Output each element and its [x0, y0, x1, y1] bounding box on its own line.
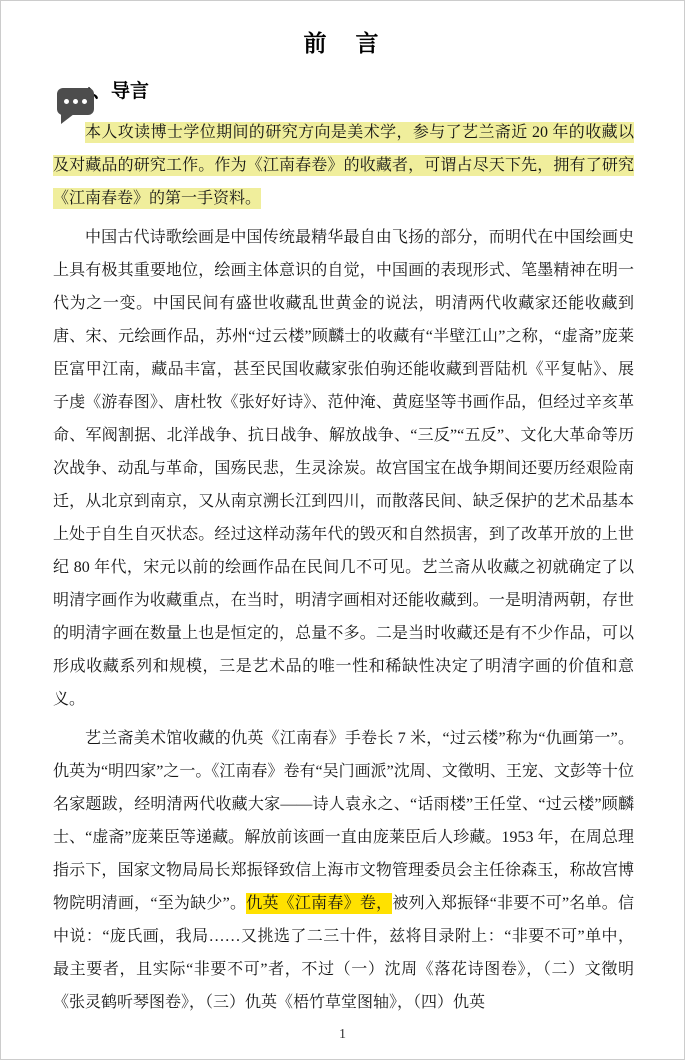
body-text: 中国古代诗歌绘画是中国传统最精华最自由飞扬的部分，而明代在中国绘画史上具有极其重…	[53, 229, 634, 708]
paragraph: 中国古代诗歌绘画是中国传统最精华最自由飞扬的部分，而明代在中国绘画史上具有极其重…	[53, 221, 634, 716]
paragraph: 本人攻读博士学位期间的研究方向是美术学，参与了艺兰斋近 20 年的收藏以及对藏品…	[53, 116, 634, 215]
paragraph: 艺兰斋美术馆收藏的仇英《江南春》手卷长 7 米，“过云楼”称为“仇画第一”。仇英…	[53, 722, 634, 1019]
bubble-dot	[82, 99, 87, 104]
comment-bubble-icon[interactable]	[57, 88, 94, 115]
document-page: 前 言 一、导言 本人攻读博士学位期间的研究方向是美术学，参与了艺兰斋近 20 …	[0, 0, 685, 1060]
document-title: 前 言	[1, 25, 684, 58]
paragraphs: 本人攻读博士学位期间的研究方向是美术学，参与了艺兰斋近 20 年的收藏以及对藏品…	[1, 116, 684, 1019]
highlighted-text: 仇英《江南春》卷，	[246, 893, 392, 914]
section-heading-row: 一、导言	[53, 76, 684, 110]
highlighted-text: 本人攻读博士学位期间的研究方向是美术学，参与了艺兰斋近 20 年的收藏以及对藏品…	[53, 122, 634, 209]
bubble-dot	[64, 99, 69, 104]
page-number: 1	[1, 1027, 684, 1043]
bubble-dot	[73, 99, 78, 104]
body-text: 艺兰斋美术馆收藏的仇英《江南春》手卷长 7 米，“过云楼”称为“仇画第一”。仇英…	[53, 730, 634, 912]
